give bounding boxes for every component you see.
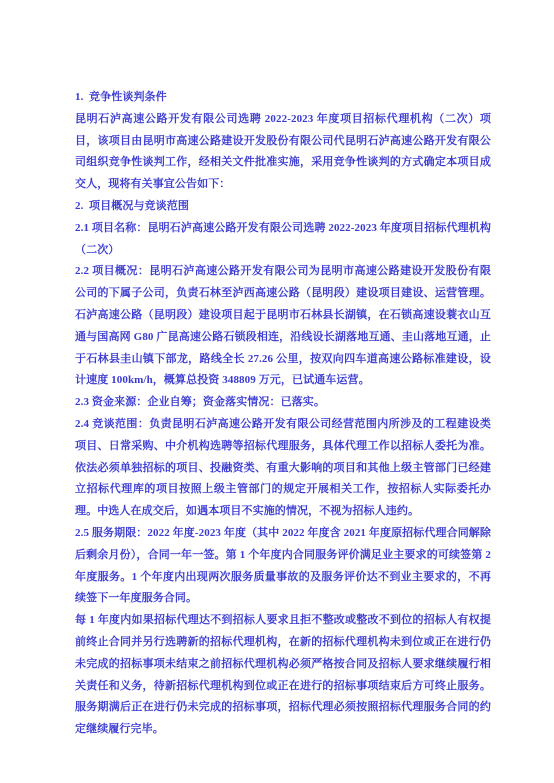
paragraph-project-overview: 2.2 项目概况：昆明石泸高速公路开发有限公司为昆明市高速公路建设开发股份有限公… bbox=[75, 261, 491, 392]
paragraph-termination-terms: 每 1 年度内如果招标代理达不到招标人要求且拒不整改或整改不到位的招标人有权提前… bbox=[75, 610, 491, 741]
paragraph-project-name: 2.1 项目名称：昆明石泸高速公路开发有限公司选聘 2022-2023 年度项目… bbox=[75, 218, 491, 262]
document-page: 1. 竞争性谈判条件 昆明石泸高速公路开发有限公司选聘 2022-2023 年度… bbox=[0, 0, 554, 783]
paragraph-negotiation-scope: 2.4 竞谈范围：负责昆明石泸高速公路开发有限公司经营范围内所涉及的工程建设类项… bbox=[75, 414, 491, 523]
paragraph-service-period: 2.5 服务期限：2022 年度-2023 年度（其中 2022 年度含 202… bbox=[75, 523, 491, 610]
paragraph-project-intro: 昆明石泸高速公路开发有限公司选聘 2022-2023 年度项目招标代理机构（二次… bbox=[75, 109, 491, 196]
document-body: 1. 竞争性谈判条件 昆明石泸高速公路开发有限公司选聘 2022-2023 年度… bbox=[75, 87, 491, 741]
paragraph-funding-source: 2.3 资金来源：企业自筹；资金落实情况：已落实。 bbox=[75, 392, 491, 414]
section-heading-negotiation-conditions: 1. 竞争性谈判条件 bbox=[75, 87, 491, 109]
section-heading-project-overview: 2. 项目概况与竞谈范围 bbox=[75, 196, 491, 218]
